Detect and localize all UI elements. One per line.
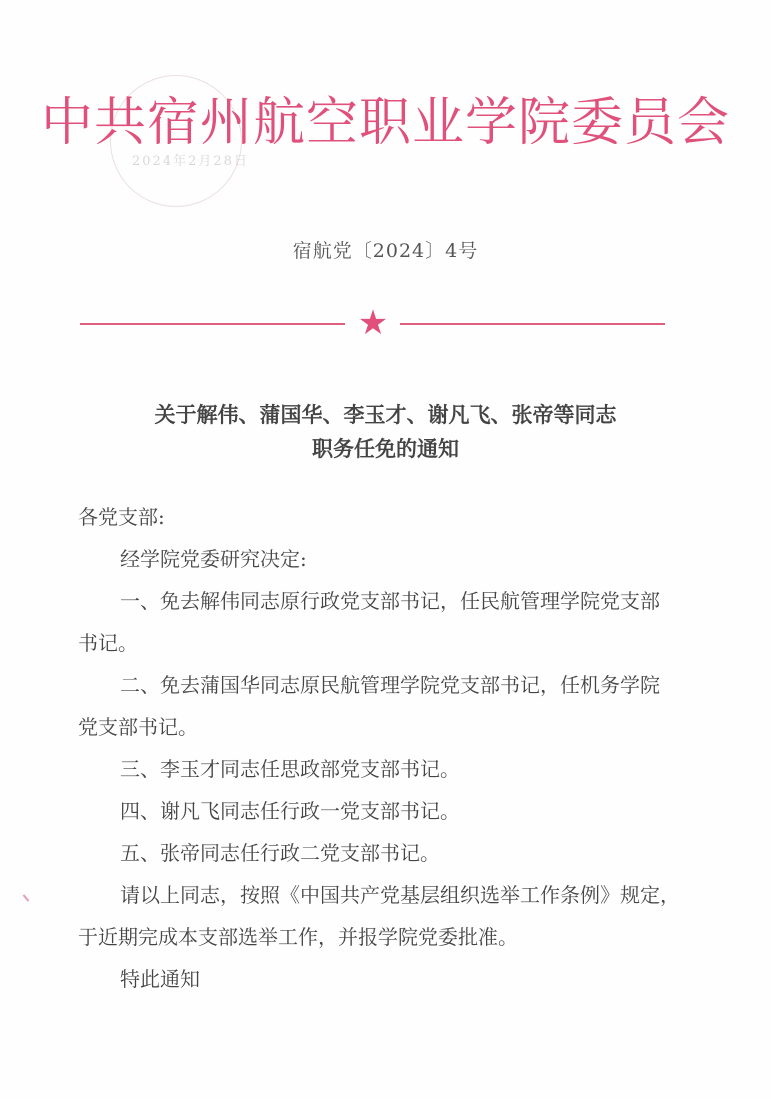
document-number: 宿航党〔2024〕4号 <box>0 236 771 263</box>
item-5: 五、张帝同志任行政二党支部书记。 <box>78 832 688 874</box>
divider-line-right <box>400 323 665 325</box>
item-1-line-2: 书记。 <box>78 622 688 664</box>
closing: 特此通知 <box>78 958 688 1000</box>
salutation: 各党支部: <box>78 496 688 538</box>
masthead-title: 中共宿州航空职业学院委员会 <box>0 88 771 158</box>
margin-mark <box>23 894 30 901</box>
request-line-1: 请以上同志，按照《中国共产党基层组织选举工作条例》规定， <box>78 874 688 916</box>
notice-title-line-2: 职务任免的通知 <box>0 432 771 466</box>
item-1-line-1: 一、免去解伟同志原行政党支部书记，任民航管理学院党支部 <box>78 580 688 622</box>
item-2-line-1: 二、免去蒲国华同志原民航管理学院党支部书记，任机务学院 <box>78 664 688 706</box>
notice-body: 各党支部: 经学院党委研究决定: 一、免去解伟同志原行政党支部书记，任民航管理学… <box>78 496 688 1000</box>
document-page: 2024年2月28日 中共宿州航空职业学院委员会 宿航党〔2024〕4号 ★ 关… <box>0 0 771 1099</box>
item-4: 四、谢凡飞同志任行政一党支部书记。 <box>78 790 688 832</box>
intro-paragraph: 经学院党委研究决定: <box>78 538 688 580</box>
item-3: 三、李玉才同志任思政部党支部书记。 <box>78 748 688 790</box>
request-line-2: 于近期完成本支部选举工作，并报学院党委批准。 <box>78 916 688 958</box>
star-icon: ★ <box>355 305 391 341</box>
divider-line-left <box>80 323 345 325</box>
notice-title-line-1: 关于解伟、蒲国华、李玉才、谢凡飞、张帝等同志 <box>0 398 771 432</box>
item-2-line-2: 党支部书记。 <box>78 706 688 748</box>
notice-title: 关于解伟、蒲国华、李玉才、谢凡飞、张帝等同志 职务任免的通知 <box>0 398 771 466</box>
